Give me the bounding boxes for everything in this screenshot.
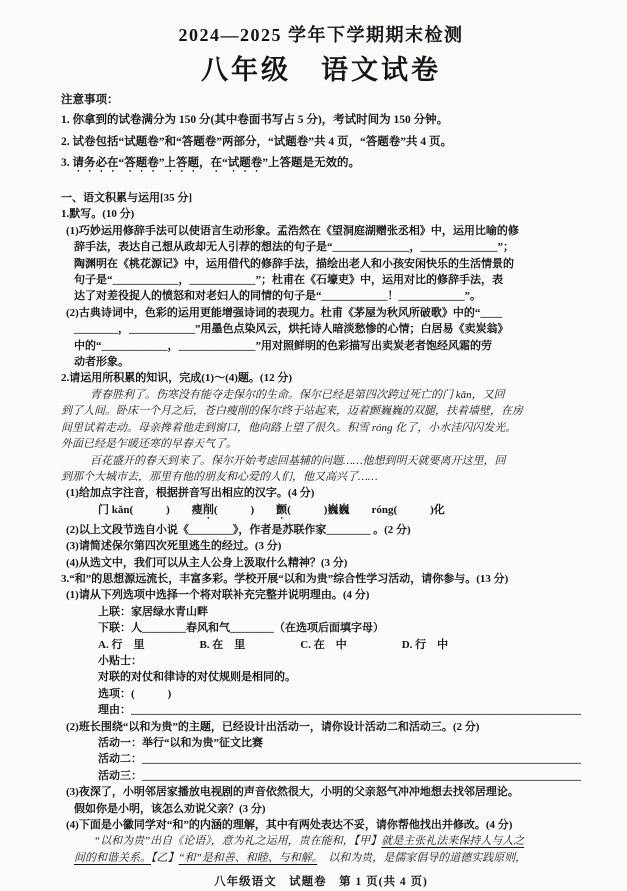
- notice-item: 2. 试卷包括“试题卷”和“答题卷”两部分，“试题卷”共 4 页，“答题卷”共 …: [61, 132, 581, 154]
- notice-heading: 注意事项：: [61, 90, 581, 110]
- q1-part2-line: 中的“____________，______________”用对照鲜明的色彩描…: [61, 338, 581, 354]
- notice-item-number: 3.: [61, 157, 73, 169]
- page-footer: 八年级语文 试题卷 第 1 页(共 4 页): [61, 873, 581, 889]
- q2-passage-line: 到那个大城市去，那里有他的朋友和心爱的人们，他又高兴了……: [61, 469, 581, 485]
- q3-sub4-title: (4)下面是小徽同学对“和”的内涵的理解，其中有两处表达不妥，请你帮他找出并修改…: [61, 817, 581, 833]
- q2-passage-line: 百花盛开的春天到来了。保尔开始考虑回基辅的问题……他想到明天就要离开这里，回: [61, 453, 581, 469]
- passage-text: 以和为贵，是儒家倡导的道德实践原则，: [317, 852, 526, 864]
- reason-label: 理由：: [98, 704, 131, 716]
- q2-sub-question: (1)给加点字注音，根据拼音写出相应的汉字。(4 分): [61, 485, 581, 501]
- activity-two-blank: ________________________________________…: [142, 753, 581, 765]
- tip-label: 小贴士：: [61, 653, 581, 669]
- activity-one-line: 活动一：举行“以和为贵”征文比赛: [61, 735, 581, 751]
- reason-blank: ________________________________________…: [131, 704, 581, 716]
- pinyin-row-text: ( ): [214, 504, 276, 516]
- passage-marker-yi: 【乙】: [151, 852, 179, 864]
- question-2-title: 2.请运用所积累的知识，完成(1)～(4)题。(12 分): [61, 370, 581, 386]
- q2-passage-line: 青春胜利了。伤寒没有能夺走保尔的生命。保尔已经是第四次跨过死亡的门 kǎn，又回: [61, 387, 581, 403]
- pinyin-row-text: ( )巍巍 róng( )化: [287, 504, 445, 516]
- question-3-title: 3.“和”的思想源远流长，丰富多彩。学校开展“以和为贵”综合性学习活动，请你参与…: [61, 571, 581, 587]
- q3-sub3-line: (3)夜深了，小明邻居家播放电视剧的声音依然很大，小明的父亲怒气冲冲地想去找邻居…: [61, 784, 581, 800]
- activity-three-label: 活动三：: [98, 770, 142, 782]
- q1-part1-line: (1)巧妙运用修辞手法可以使语言生动形象。孟浩然在《望洞庭湖赠张丞相》中，运用比…: [61, 223, 581, 239]
- q3-sub4-passage-line: 间的和谐关系。【乙】“和”是和善、和睦、与和解。 以和为贵，是儒家倡导的道德实践…: [61, 850, 581, 866]
- activity-two-line: 活动二：____________________________________…: [61, 751, 581, 767]
- notice-block: 注意事项： 1. 你拿到的试卷满分为 150 分(其中卷面书写占 5 分)，考试…: [61, 90, 581, 175]
- choice-line: 选项：( ): [61, 686, 581, 702]
- q2-pinyin-row: 门 kǎn( ) 瘦削( ) 颤( )巍巍 róng( )化: [61, 502, 581, 522]
- notice-item: 1. 你拿到的试卷满分为 150 分(其中卷面书写占 5 分)，考试时间为 15…: [61, 110, 581, 132]
- underlined-passage-jia: 就是主张礼法来保持人与人之: [381, 835, 524, 847]
- exam-paper-page: 2024—2025 学年下学期期末检测 八年级 语文试卷 注意事项： 1. 你拿…: [0, 0, 627, 891]
- notice-item-rest: 上答题是无效的。: [268, 157, 360, 169]
- q1-part1-line: 陶渊明在《桃花源记》中，运用借代的修辞手法，描绘出老人和小孩安闲快乐的生活情景的: [61, 256, 581, 272]
- question-1-title: 1.默写。(10 分): [61, 206, 581, 222]
- q2-passage-line: 外面已经是乍暖还寒的早春天气了。: [61, 436, 581, 452]
- notice-item: 3. 请务必在“答题卷”上答题，在“试题卷”上答题是无效的。: [61, 153, 581, 175]
- q1-part1-line: 句子是“____________，____________”；杜甫在《石壕吏》中…: [61, 272, 581, 288]
- underlined-passage-jia: 间的和谐关系。: [74, 852, 151, 864]
- q2-passage-line: 到了人间。卧床一个月之后，苍白瘦削的保尔终于站起来，迈着颤巍巍的双腿，扶着墙壁，…: [61, 403, 581, 419]
- pinyin-row-text: 门 kǎn( ) 瘦: [98, 504, 203, 516]
- page-title: 八年级 语文试卷: [61, 52, 581, 88]
- q3-sub1-title: (1)请从下列选项中选择一个将对联补充完整并说明理由。(4 分): [61, 587, 581, 603]
- activity-two-label: 活动二：: [98, 753, 142, 765]
- notice-item-emphasized-text: 请务必在“答题卷”上答题，在“试题卷”: [73, 157, 269, 169]
- underlined-passage-yi: “和”是和善、和睦、与和解。: [179, 852, 318, 864]
- exam-session-title: 2024—2025 学年下学期期末检测: [61, 22, 581, 48]
- activity-three-blank: ________________________________________…: [142, 770, 581, 782]
- couplet-upper-line: 上联：家居绿水青山畔: [61, 604, 581, 620]
- q2-sub-question: (2)以上文段节选自小说《________》，作者是苏联作家________ 。…: [61, 522, 581, 538]
- section-heading: 一、语文积累与运用[35 分]: [61, 190, 581, 206]
- q1-part2-line: 动者形象。: [61, 354, 581, 370]
- q2-passage-line: 间里试着走动。母亲搀着他走到窗口，他向路上望了很久。积雪 róng 化了，小水洼…: [61, 420, 581, 436]
- q1-part1-line: 辞手法，表达自己想从政却无人引荐的想法的句子是“______________，_…: [61, 239, 581, 255]
- q2-sub-question: (4)从选文中，我们可以从主人公身上汲取什么精神？(3 分): [61, 555, 581, 571]
- reason-line: 理由：_____________________________________…: [61, 702, 581, 718]
- passage-text: “以和为贵”出自《论语》，意为礼之运用，贵在能和，【甲】: [94, 835, 381, 847]
- tip-text: 对联的对仗和律诗的对仗规则是相同的。: [61, 669, 581, 685]
- couplet-options-line: A. 行 里 B. 在 里 C. 在 中 D. 行 中: [61, 637, 581, 653]
- q3-sub2-title: (2)班长围绕“以和为贵”的主题，已经设计出活动一，请你设计活动二和活动三。(2…: [61, 719, 581, 735]
- couplet-lower-line: 下联：人________春风和气________（在选项后面填字母）: [61, 620, 581, 636]
- dotted-character: 颤: [276, 504, 287, 516]
- paper-body: 一、语文积累与运用[35 分] 1.默写。(10 分) (1)巧妙运用修辞手法可…: [61, 190, 581, 866]
- q3-sub3-line: 假如你是小明，该怎么劝说父亲？(3 分): [61, 801, 581, 817]
- activity-three-line: 活动三：____________________________________…: [61, 768, 581, 784]
- q1-part2-line: ________，____________”用墨色点染风云，烘托诗人暗淡愁惨的心…: [61, 321, 581, 337]
- q1-part2-line: (2)古典诗词中，色彩的运用更能增强诗词的表现力。杜甫《茅屋为秋风所破歌》中的“…: [61, 305, 581, 321]
- q3-sub4-passage-line: “以和为贵”出自《论语》，意为礼之运用，贵在能和，【甲】就是主张礼法来保持人与人…: [61, 833, 581, 849]
- q1-part1-line: 达了对差役捉人的愤怒和对老妇人的同情的句子是“____________！____…: [61, 288, 581, 304]
- q2-sub-question: (3)请简述保尔第四次死里逃生的经过。(3 分): [61, 538, 581, 554]
- dotted-character: 削: [203, 504, 214, 516]
